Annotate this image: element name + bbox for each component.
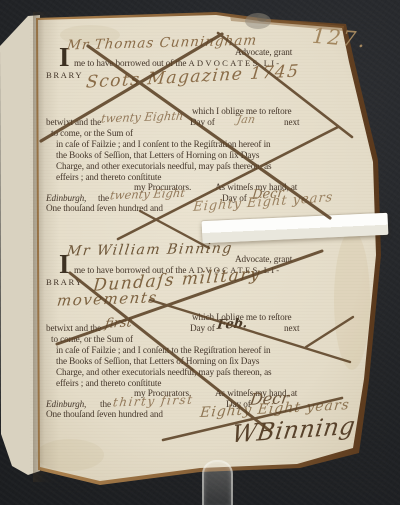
crossout-stroke [70, 273, 270, 431]
crossout-stroke [306, 317, 353, 347]
crossout-stroke [218, 33, 352, 137]
crossout-stroke [41, 34, 222, 141]
crossout-stroke [163, 398, 342, 440]
crossout-stroke [57, 251, 322, 344]
crossout-stroke [140, 211, 209, 248]
crossout-stroke [150, 300, 350, 362]
photograph-of-register-page: 127. I Mr Thomas Cunningham Advocate, gr… [0, 0, 400, 505]
crossout-strokes [0, 0, 400, 505]
